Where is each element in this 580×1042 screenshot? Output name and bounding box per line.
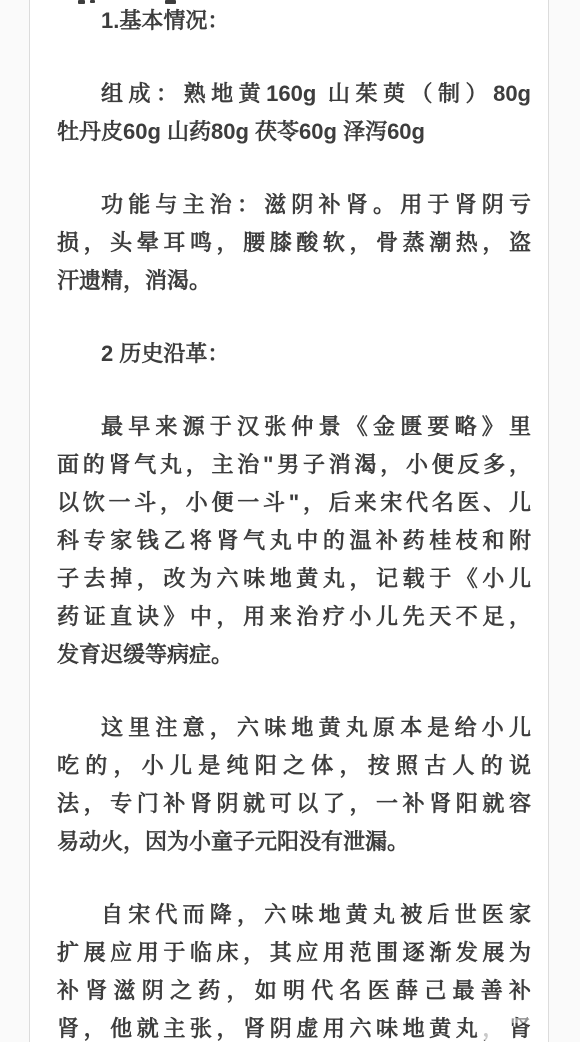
text-line: 汗遗精，消渴。 bbox=[57, 262, 531, 300]
text-line: 面的肾气丸，主治"男子消渴，小便反多， bbox=[57, 446, 531, 484]
paragraph-song-dynasty-onward: 自宋代而降，六味地黄丸被后世医家扩展应用于临床，其应用范围逐渐发展为补肾滋阴之药… bbox=[57, 896, 531, 1042]
text-line: 子去掉，改为六味地黄丸，记载于《小儿 bbox=[57, 560, 531, 598]
text-line: 1.基本情况： bbox=[57, 2, 531, 40]
clipped-line-fragment bbox=[78, 0, 85, 4]
text-line: 肾，他就主张，肾阴虚用六味地黄丸，肾 bbox=[57, 1010, 531, 1042]
text-line: 自宋代而降，六味地黄丸被后世医家 bbox=[57, 896, 531, 934]
text-line: 功能与主治：滋阴补肾。用于肾阴亏 bbox=[57, 186, 531, 224]
text-line: 药证直诀》中，用来治疗小儿先天不足， bbox=[57, 598, 531, 636]
screenshot-root: 1.基本情况：组成：熟地黄160g 山茱萸（制）80g牡丹皮60g 山药80g … bbox=[0, 0, 580, 1042]
text-line: 2 历史沿革： bbox=[57, 335, 531, 373]
text-line: 这里注意，六味地黄丸原本是给小儿 bbox=[57, 709, 531, 747]
text-line: 补肾滋阴之药，如明代名医薛己最善补 bbox=[57, 972, 531, 1010]
clipped-line-fragment bbox=[90, 0, 95, 3]
text-line: 吃的，小儿是纯阳之体，按照古人的说 bbox=[57, 747, 531, 785]
text-line: 发育迟缓等病症。 bbox=[57, 636, 531, 674]
section-heading-basic-info: 1.基本情况： bbox=[57, 2, 531, 40]
text-line: 科专家钱乙将肾气丸中的温补药桂枝和附 bbox=[57, 522, 531, 560]
text-line: 损，头晕耳鸣，腰膝酸软，骨蒸潮热，盗 bbox=[57, 224, 531, 262]
article-page: 1.基本情况：组成：熟地黄160g 山茱萸（制）80g牡丹皮60g 山药80g … bbox=[29, 0, 549, 1042]
text-line: 最早来源于汉张仲景《金匮要略》里 bbox=[57, 408, 531, 446]
section-heading-history: 2 历史沿革： bbox=[57, 335, 531, 373]
article-content: 1.基本情况：组成：熟地黄160g 山茱萸（制）80g牡丹皮60g 山药80g … bbox=[30, 0, 548, 1042]
text-line: 以饮一斗，小便一斗"，后来宋代名医、儿 bbox=[57, 484, 531, 522]
paragraph-origin: 最早来源于汉张仲景《金匮要略》里面的肾气丸，主治"男子消渴，小便反多，以饮一斗，… bbox=[57, 408, 531, 674]
text-line: 扩展应用于临床，其应用范围逐渐发展为 bbox=[57, 934, 531, 972]
paragraph-functions-indications: 功能与主治：滋阴补肾。用于肾阴亏损，头晕耳鸣，腰膝酸软，骨蒸潮热，盗汗遗精，消渴… bbox=[57, 186, 531, 300]
text-line: 法，专门补肾阴就可以了，一补肾阳就容 bbox=[57, 785, 531, 823]
clipped-line-fragment bbox=[165, 0, 176, 4]
paragraph-note-children: 这里注意，六味地黄丸原本是给小儿吃的，小儿是纯阳之体，按照古人的说法，专门补肾阴… bbox=[57, 709, 531, 861]
paragraph-composition: 组成：熟地黄160g 山茱萸（制）80g牡丹皮60g 山药80g 茯苓60g 泽… bbox=[57, 75, 531, 151]
text-line: 组成：熟地黄160g 山茱萸（制）80g bbox=[57, 75, 531, 113]
text-line: 牡丹皮60g 山药80g 茯苓60g 泽泻60g bbox=[57, 113, 531, 151]
text-line: 易动火，因为小童子元阳没有泄漏。 bbox=[57, 823, 531, 861]
